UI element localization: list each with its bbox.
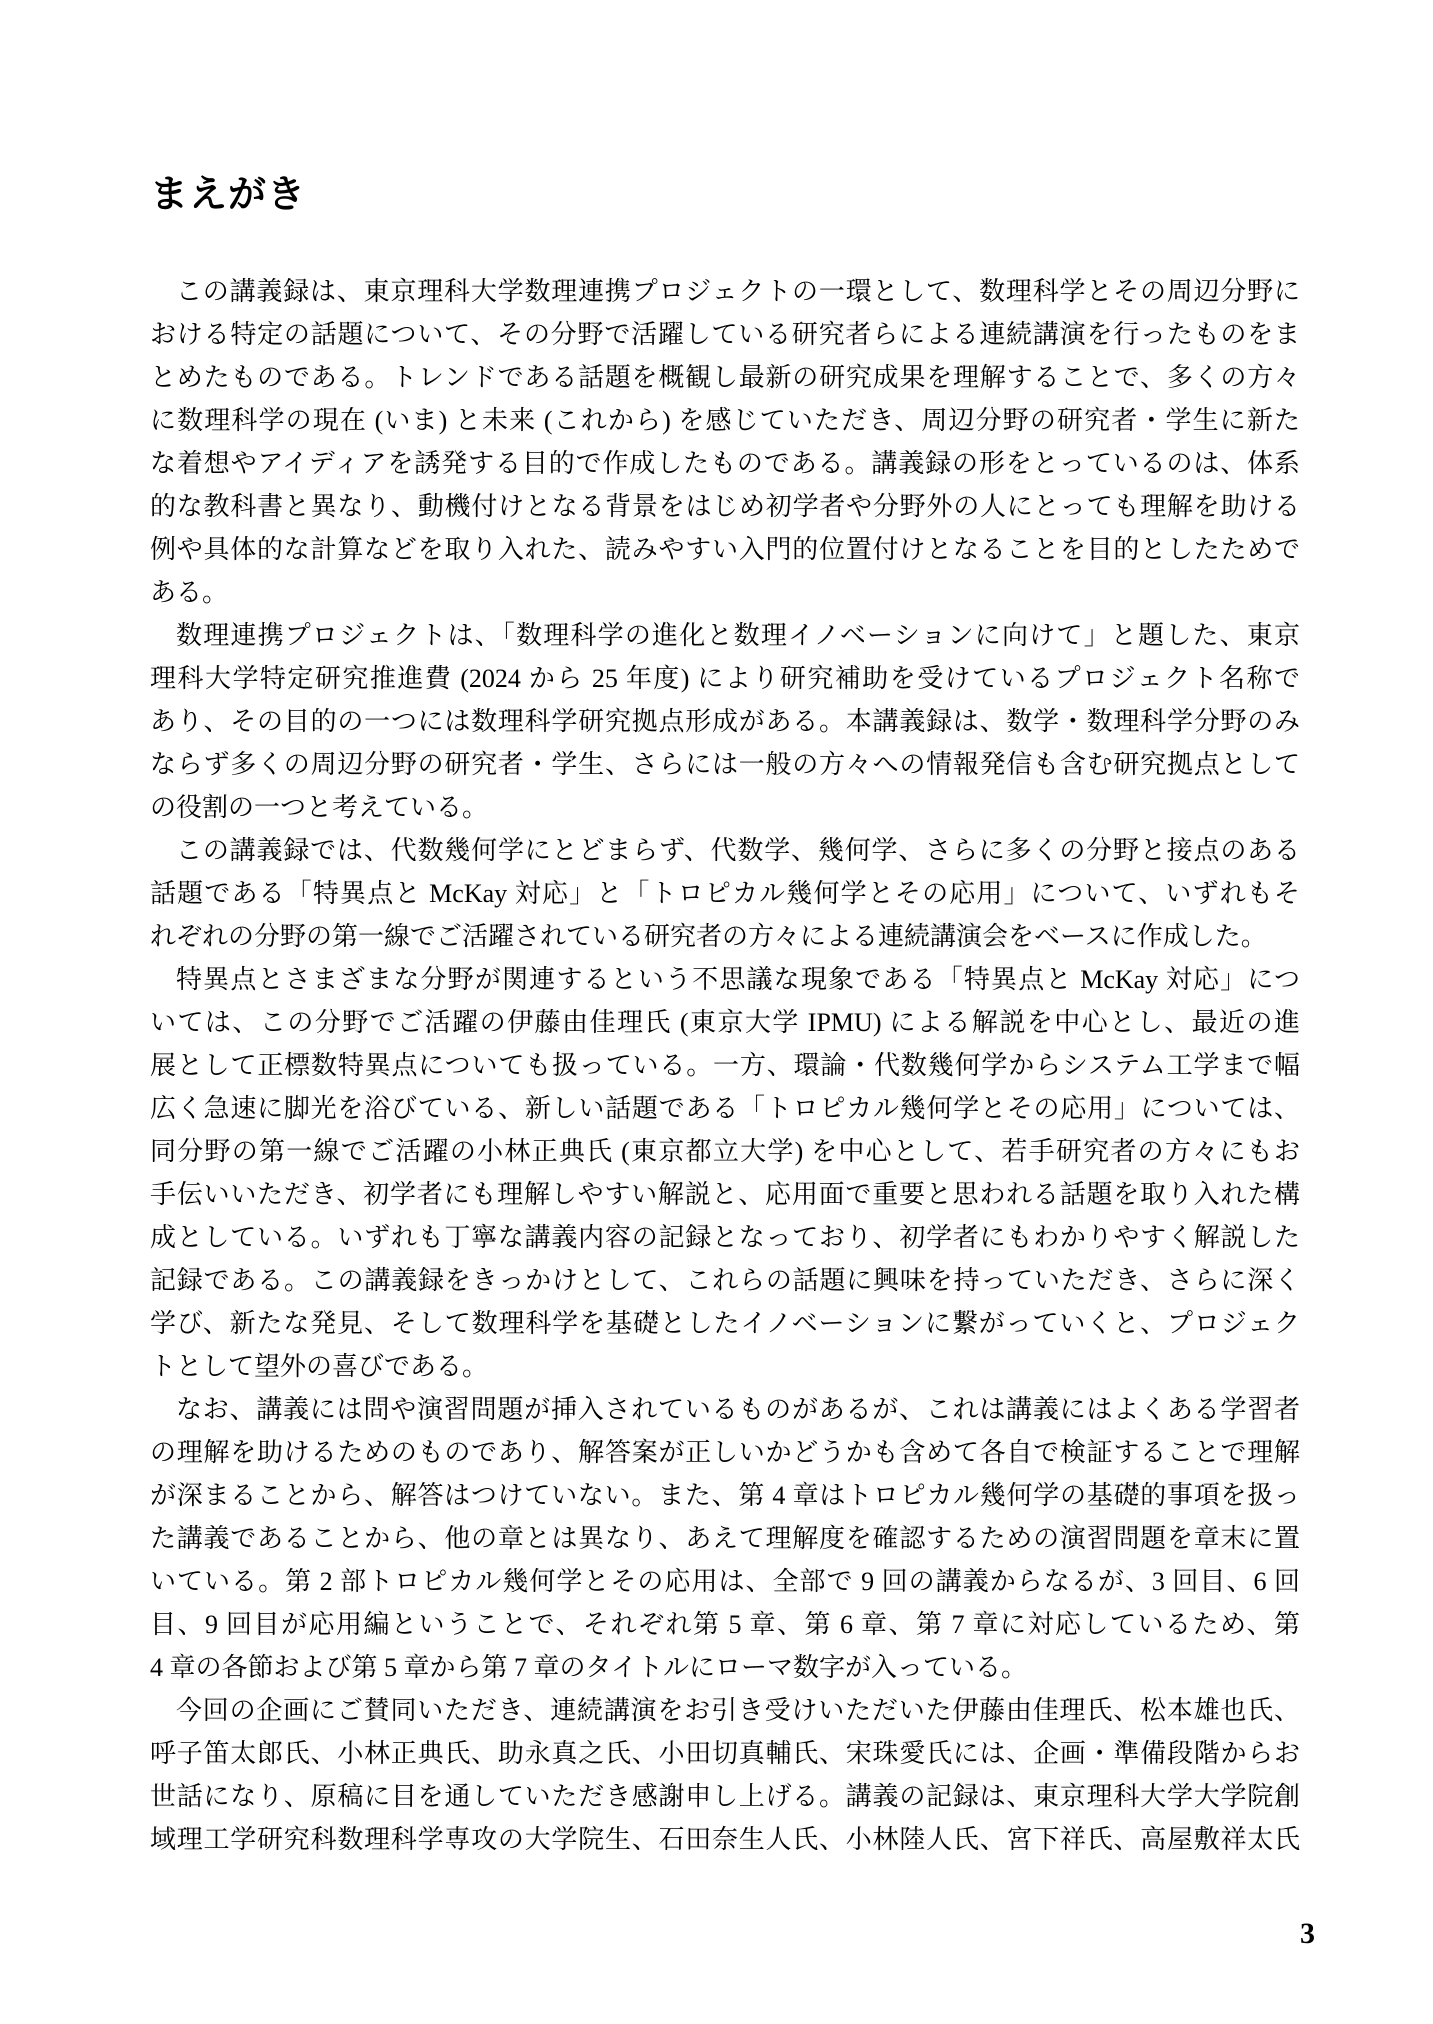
text-line: の理解を助けるためのものであり、解答案が正しいかどうかも含めて各自で検証すること… <box>150 1431 1300 1474</box>
document-page: まえがき この講義録は、東京理科大学数理連携プロジェクトの一環として、数理科学と… <box>0 0 1433 2024</box>
paragraph: この講義録では、代数幾何学にとどまらず、代数学、幾何学、さらに多くの分野と接点の… <box>150 829 1300 958</box>
text-line: 的な教科書と異なり、動機付けとなる背景をはじめ初学者や分野外の人にとっても理解を… <box>150 485 1300 528</box>
text-line: いている。第 2 部トロピカル幾何学とその応用は、全部で 9 回の講義からなるが… <box>150 1560 1300 1603</box>
text-line: 呼子笛太郎氏、小林正典氏、助永真之氏、小田切真輔氏、宋珠愛氏には、企画・準備段階… <box>150 1732 1300 1775</box>
body-text: この講義録は、東京理科大学数理連携プロジェクトの一環として、数理科学とその周辺分… <box>150 270 1300 1861</box>
text-line: れぞれの分野の第一線でご活躍されている研究者の方々による連続講演会をベースに作成… <box>150 915 1300 958</box>
paragraph: 今回の企画にご賛同いただき、連続講演をお引き受けいただいた伊藤由佳理氏、松本雄也… <box>150 1689 1300 1861</box>
text-line: 記録である。この講義録をきっかけとして、これらの話題に興味を持っていただき、さら… <box>150 1259 1300 1302</box>
text-line: 展として正標数特異点についても扱っている。一方、環論・代数幾何学からシステム工学… <box>150 1044 1300 1087</box>
text-line: あり、その目的の一つには数理科学研究拠点形成がある。本講義録は、数学・数理科学分… <box>150 700 1300 743</box>
paragraph: 数理連携プロジェクトは、「数理科学の進化と数理イノベーションに向けて」と題した、… <box>150 614 1300 829</box>
text-line: 学び、新たな発見、そして数理科学を基礎としたイノベーションに繋がっていくと、プロ… <box>150 1302 1300 1345</box>
text-line: な着想やアイディアを誘発する目的で作成したものである。講義録の形をとっているのは… <box>150 442 1300 485</box>
text-line: 今回の企画にご賛同いただき、連続講演をお引き受けいただいた伊藤由佳理氏、松本雄也… <box>150 1689 1300 1732</box>
text-line: た講義であることから、他の章とは異なり、あえて理解度を確認するための演習問題を章… <box>150 1517 1300 1560</box>
text-line: 同分野の第一線でご活躍の小林正典氏 (東京都立大学) を中心として、若手研究者の… <box>150 1130 1300 1173</box>
text-line: 例や具体的な計算などを取り入れた、読みやすい入門的位置付けとなることを目的とした… <box>150 528 1300 571</box>
text-line: この講義録は、東京理科大学数理連携プロジェクトの一環として、数理科学とその周辺分… <box>150 270 1300 313</box>
text-line: とめたものである。トレンドである話題を概観し最新の研究成果を理解することで、多く… <box>150 356 1300 399</box>
text-line: の役割の一つと考えている。 <box>150 786 1300 829</box>
text-line: 特異点とさまざまな分野が関連するという不思議な現象である「特異点と McKay … <box>150 958 1300 1001</box>
text-line: が深まることから、解答はつけていない。また、第 4 章はトロピカル幾何学の基礎的… <box>150 1474 1300 1517</box>
text-line: 成としている。いずれも丁寧な講義内容の記録となっており、初学者にもわかりやすく解… <box>150 1216 1300 1259</box>
text-line: 話題である「特異点と McKay 対応」と「トロピカル幾何学とその応用」について… <box>150 872 1300 915</box>
text-line: トとして望外の喜びである。 <box>150 1345 1300 1388</box>
text-line: に数理科学の現在 (いま) と未来 (これから) を感じていただき、周辺分野の研… <box>150 399 1300 442</box>
text-line: 広く急速に脚光を浴びている、新しい話題である「トロピカル幾何学とその応用」につい… <box>150 1087 1300 1130</box>
text-line: この講義録では、代数幾何学にとどまらず、代数学、幾何学、さらに多くの分野と接点の… <box>150 829 1300 872</box>
text-line: 理科大学特定研究推進費 (2024 から 25 年度) により研究補助を受けてい… <box>150 657 1300 700</box>
text-line: 域理工学研究科数理科学専攻の大学院生、石田奈生人氏、小林陸人氏、宮下祥氏、高屋敷… <box>150 1818 1300 1861</box>
text-line: 目、9 回目が応用編ということで、それぞれ第 5 章、第 6 章、第 7 章に対… <box>150 1603 1300 1646</box>
text-line: いては、この分野でご活躍の伊藤由佳理氏 (東京大学 IPMU) による解説を中心… <box>150 1001 1300 1044</box>
text-line: なお、講義には問や演習問題が挿入されているものがあるが、これは講義にはよくある学… <box>150 1388 1300 1431</box>
text-line: 数理連携プロジェクトは、「数理科学の進化と数理イノベーションに向けて」と題した、… <box>150 614 1300 657</box>
paragraph: この講義録は、東京理科大学数理連携プロジェクトの一環として、数理科学とその周辺分… <box>150 270 1300 614</box>
text-line: 4 章の各節および第 5 章から第 7 章のタイトルにローマ数字が入っている。 <box>150 1646 1300 1689</box>
paragraph: 特異点とさまざまな分野が関連するという不思議な現象である「特異点と McKay … <box>150 958 1300 1388</box>
paragraph: なお、講義には問や演習問題が挿入されているものがあるが、これは講義にはよくある学… <box>150 1388 1300 1689</box>
text-line: おける特定の話題について、その分野で活躍している研究者らによる連続講演を行ったも… <box>150 313 1300 356</box>
page-title: まえがき <box>150 172 306 216</box>
text-line: ならず多くの周辺分野の研究者・学生、さらには一般の方々への情報発信も含む研究拠点… <box>150 743 1300 786</box>
text-line: 手伝いいただき、初学者にも理解しやすい解説と、応用面で重要と思われる話題を取り入… <box>150 1173 1300 1216</box>
page-number: 3 <box>1300 1916 1315 1952</box>
text-line: ある。 <box>150 571 1300 614</box>
text-line: 世話になり、原稿に目を通していただき感謝申し上げる。講義の記録は、東京理科大学大… <box>150 1775 1300 1818</box>
